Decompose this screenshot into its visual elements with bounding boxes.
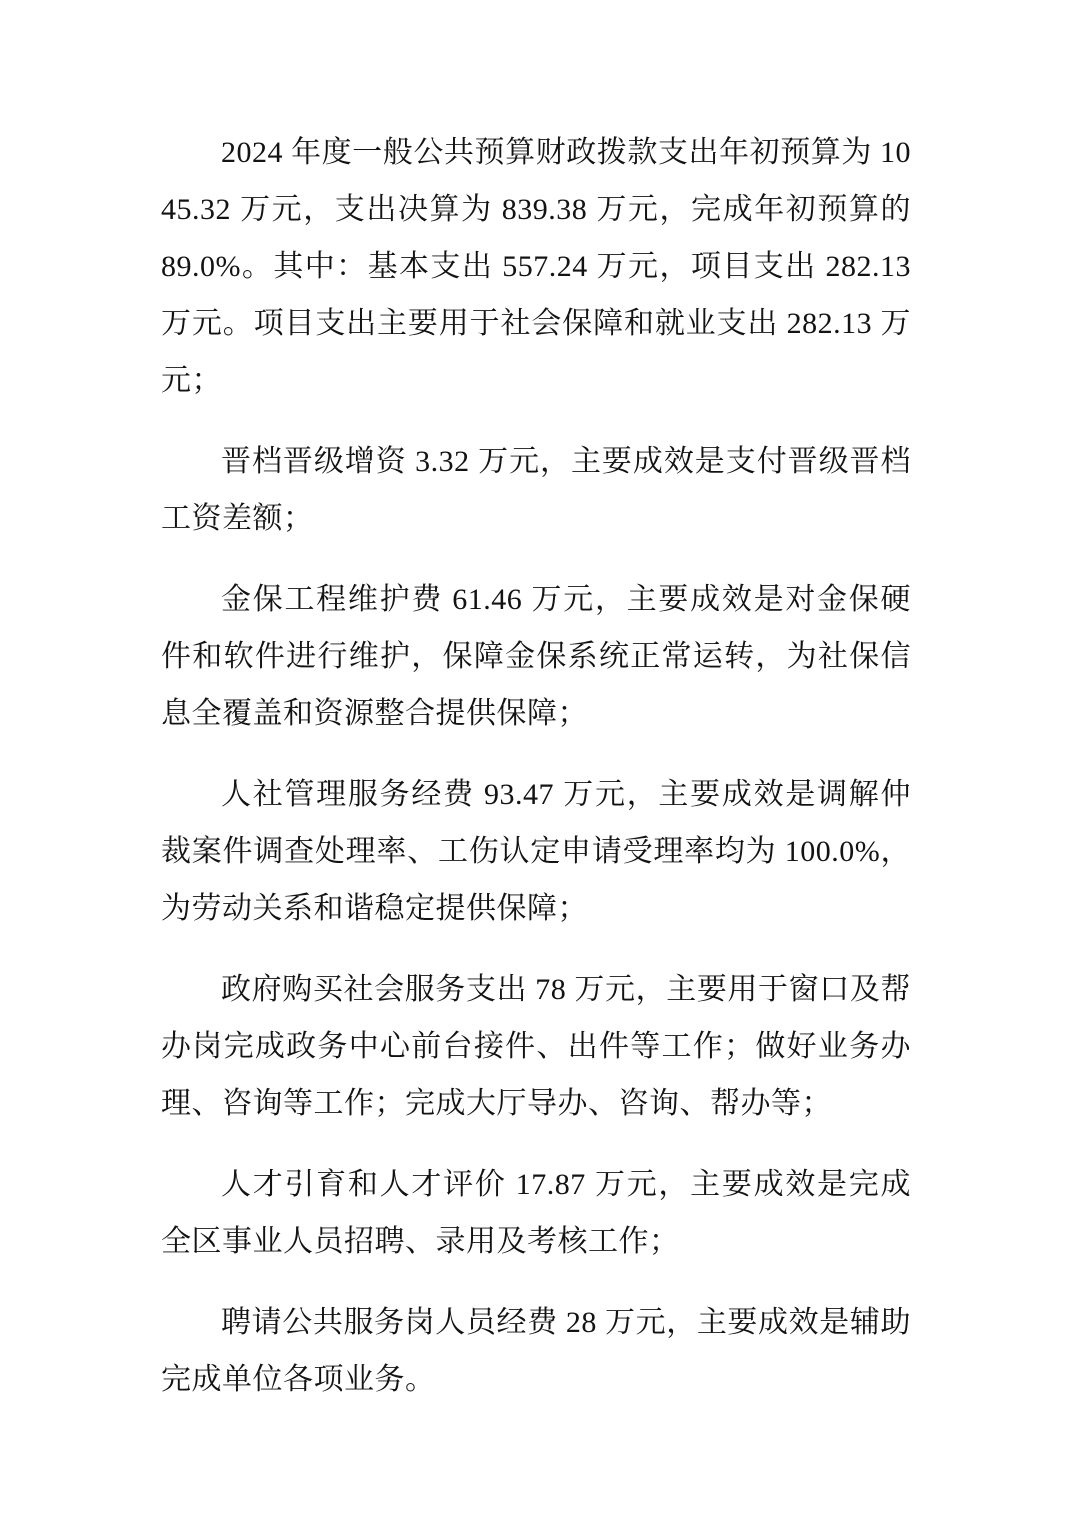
paragraph-budget-summary: 2024 年度一般公共预算财政拨款支出年初预算为 1045.32 万元，支出决算… <box>161 124 911 409</box>
paragraph-jinbao-maintenance: 金保工程维护费 61.46 万元，主要成效是对金保硬件和软件进行维护，保障金保系… <box>161 571 911 742</box>
paragraph-government-purchased-services: 政府购买社会服务支出 78 万元，主要用于窗口及帮办岗完成政务中心前台接件、出件… <box>161 961 911 1132</box>
paragraph-grade-promotion-pay: 晋档晋级增资 3.32 万元，主要成效是支付晋级晋档工资差额； <box>161 433 911 547</box>
document-page: 2024 年度一般公共预算财政拨款支出年初预算为 1045.32 万元，支出决算… <box>0 0 1075 1521</box>
paragraph-hr-management-service: 人社管理服务经费 93.47 万元，主要成效是调解仲裁案件调查处理率、工伤认定申… <box>161 766 911 937</box>
paragraph-talent-introduction-evaluation: 人才引育和人才评价 17.87 万元，主要成效是完成全区事业人员招聘、录用及考核… <box>161 1156 911 1270</box>
paragraph-public-service-post-staff: 聘请公共服务岗人员经费 28 万元，主要成效是辅助完成单位各项业务。 <box>161 1294 911 1408</box>
document-body: 2024 年度一般公共预算财政拨款支出年初预算为 1045.32 万元，支出决算… <box>161 124 911 1408</box>
